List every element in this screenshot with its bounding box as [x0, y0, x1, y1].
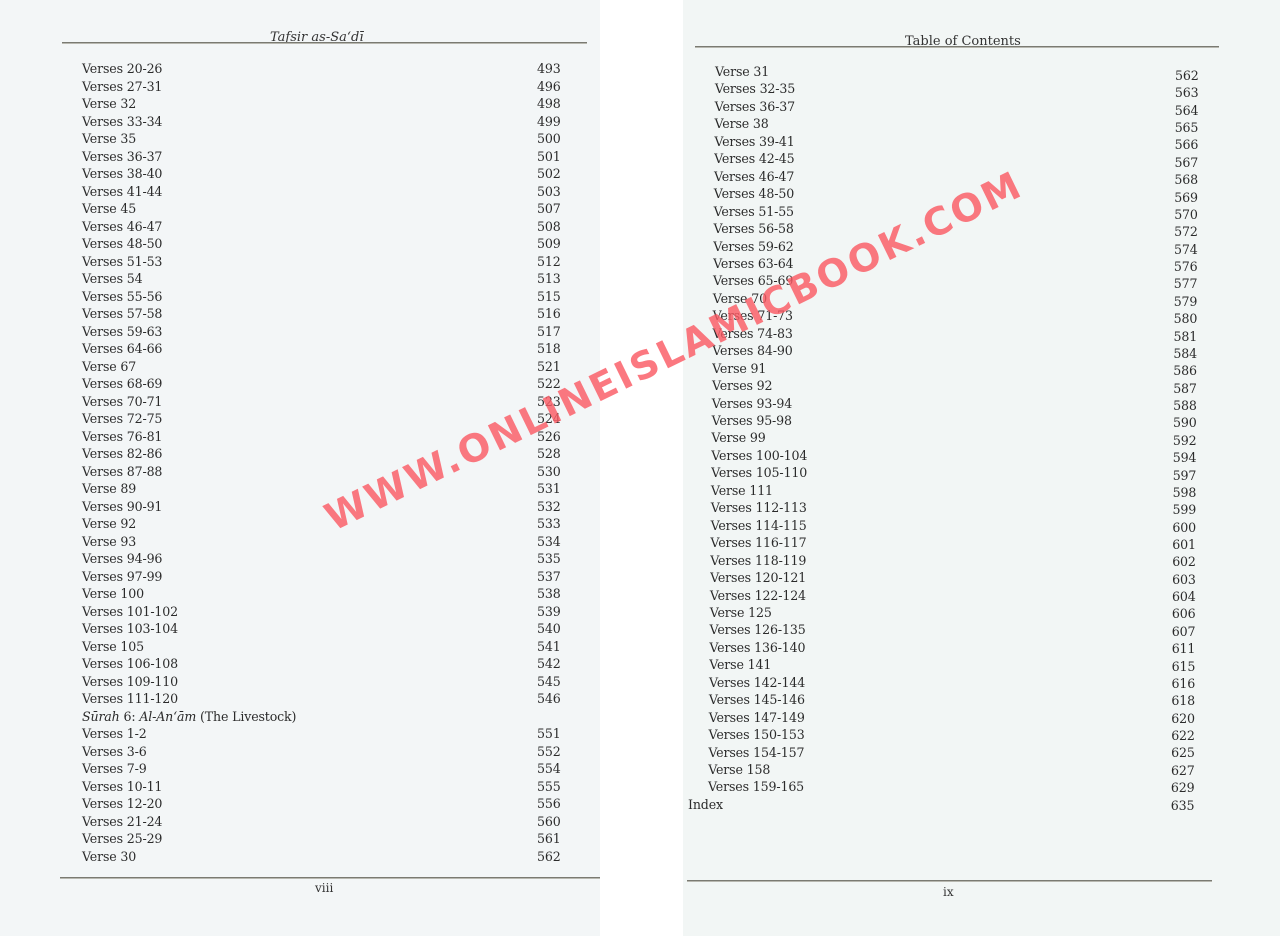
toc-entry-page-number: 532	[537, 499, 561, 514]
page-number: viii	[315, 881, 333, 895]
toc-entry-label: Verse 100	[82, 586, 144, 601]
toc-entry-label: Verses 42-45	[714, 151, 794, 166]
toc-entry-label: Verses 106-108	[82, 656, 178, 671]
toc-entry-label: Verse 32	[82, 96, 136, 111]
toc-entry: Verses 126-135607	[688, 622, 1188, 640]
toc-entry: Verse 30562	[82, 849, 562, 867]
toc-entry-label: Verses 150-153	[709, 727, 805, 742]
toc-entry: Verses 3-6552	[82, 744, 562, 762]
toc-entry-page-number: 555	[537, 779, 561, 794]
header-rule	[62, 42, 587, 44]
toc-entry-page-number: 618	[1171, 693, 1195, 708]
toc-entry-page-number: 537	[537, 569, 561, 584]
toc-entry: Verses 46-47508	[82, 219, 562, 237]
toc-entry-page-number: 523	[537, 394, 561, 409]
toc-entry: Verses 7-9554	[82, 761, 562, 779]
toc-entry: Verses 118-119602	[688, 553, 1188, 571]
toc-entry: Verses 46-47568	[688, 169, 1188, 187]
toc-entry: Verse 125606	[688, 605, 1188, 623]
toc-entry-label: Verses 54	[82, 271, 142, 286]
toc-entry-label: Verses 51-55	[714, 204, 794, 219]
page-number: ix	[943, 885, 954, 899]
toc-entry-label: Verses 120-121	[710, 570, 806, 585]
toc-entry-label: Verses 48-50	[714, 186, 794, 201]
toc-entry-page-number: 574	[1174, 242, 1198, 257]
page-gutter	[600, 0, 683, 936]
toc-entry: Verses 71-73580	[688, 308, 1188, 326]
toc-entry-label: Verse 35	[82, 131, 136, 146]
toc-entry: Verse 89531	[82, 481, 562, 499]
toc-entry: Verses 116-117601	[688, 535, 1188, 553]
toc-entry-page-number: 503	[537, 184, 561, 199]
toc-entry-label: Verses 154-157	[708, 745, 804, 760]
toc-entry-page-number: 508	[537, 219, 561, 234]
toc-entry-page-number: 587	[1173, 381, 1197, 396]
toc-entry-page-number: 526	[537, 429, 561, 444]
toc-entry-label: Verse 105	[82, 639, 144, 654]
toc-entry-label: Verses 105-110	[711, 465, 807, 480]
toc-entry: Verses 150-153622	[688, 727, 1188, 745]
toc-entry: Verses 97-99537	[82, 569, 562, 587]
toc-entry-page-number: 622	[1171, 728, 1195, 743]
toc-entry: Verses 106-108542	[82, 656, 562, 674]
toc-entry: Verses 25-29561	[82, 831, 562, 849]
toc-entry-page-number: 552	[537, 744, 561, 759]
toc-entry: Verses 20-26493	[82, 61, 562, 79]
toc-entry-label: Verses 68-69	[82, 376, 162, 391]
toc-entry-label: Verses 21-24	[82, 814, 162, 829]
toc-entry: Verse 105541	[82, 639, 562, 657]
toc-entry-label: Verses 33-34	[82, 114, 162, 129]
toc-entry: Verse 67521	[82, 359, 562, 377]
toc-entry: Verses 95-98590	[688, 413, 1188, 431]
toc-entry-page-number: 545	[537, 674, 561, 689]
toc-entry-page-number: 502	[537, 166, 561, 181]
toc-entry-page-number: 598	[1173, 485, 1197, 500]
toc-entry-page-number: 625	[1171, 745, 1195, 760]
toc-entry: Verses 48-50509	[82, 236, 562, 254]
toc-entry: Verses 82-86528	[82, 446, 562, 464]
toc-entry-page-number: 599	[1173, 502, 1197, 517]
toc-entry: Verses 84-90584	[688, 343, 1188, 361]
toc-entry-page-number: 629	[1171, 780, 1195, 795]
toc-entry: Verses 114-115600	[688, 518, 1188, 536]
toc-entry-label: Verse 70	[713, 291, 767, 306]
toc-entry-label: Verses 142-144	[709, 675, 805, 690]
toc-entry-label: Verses 46-47	[714, 169, 794, 184]
left-page: Tafsir as-Sa‘dī Verses 20-26493Verses 27…	[0, 0, 600, 936]
toc-entry: Verses 32-35563	[688, 81, 1188, 99]
toc-entry-label: Verses 109-110	[82, 674, 178, 689]
toc-entry: Verses 56-58572	[688, 221, 1188, 239]
toc-entry-label: Verses 59-62	[713, 239, 793, 254]
toc-entry-label: Verses 38-40	[82, 166, 162, 181]
toc-entry: Verses 147-149620	[688, 710, 1188, 728]
toc-entry-page-number: 592	[1173, 433, 1197, 448]
toc-entry-page-number: 584	[1173, 346, 1197, 361]
toc-entry-label: Verses 57-58	[82, 306, 162, 321]
toc-entry-page-number: 620	[1171, 711, 1195, 726]
toc-entry-label: Verse 141	[709, 657, 771, 672]
toc-entry: Verses 120-121603	[688, 570, 1188, 588]
toc-entry: Verses 59-62574	[688, 239, 1188, 257]
toc-entry-label: Verses 112-113	[711, 500, 807, 515]
toc-entry-page-number: 538	[537, 586, 561, 601]
toc-entry-page-number: 576	[1174, 259, 1198, 274]
toc-entry: Verse 100538	[82, 586, 562, 604]
toc-entry: Verses 33-34499	[82, 114, 562, 132]
toc-entry: Verse 141615	[688, 657, 1188, 675]
toc-entry-page-number: 604	[1172, 589, 1196, 604]
toc-entry-page-number: 530	[537, 464, 561, 479]
toc-entry-label: Verses 95-98	[712, 413, 792, 428]
toc-entry-label: Verses 84-90	[712, 343, 792, 358]
toc-entry-page-number: 572	[1174, 224, 1198, 239]
toc-entry-page-number: 546	[537, 691, 561, 706]
toc-entry-label: Verses 147-149	[709, 710, 805, 725]
toc-entry: Verses 103-104540	[82, 621, 562, 639]
toc-entry: Verses 100-104594	[688, 448, 1188, 466]
toc-entry: Verses 38-40502	[82, 166, 562, 184]
toc-entry-page-number: 531	[537, 481, 561, 496]
toc-entry-label: Verses 82-86	[82, 446, 162, 461]
toc-entry-label: Verse 31	[715, 64, 769, 79]
toc-entry-label: Verses 71-73	[713, 308, 793, 323]
toc-entry-page-number: 522	[537, 376, 561, 391]
toc-entry-page-number: 518	[537, 341, 561, 356]
toc-entry-page-number: 528	[537, 446, 561, 461]
toc-entry-page-number: 554	[537, 761, 561, 776]
toc-entry: Verses 111-120546	[82, 691, 562, 709]
toc-entry-label: Verses 111-120	[82, 691, 178, 706]
toc-entry-page-number: 635	[1171, 798, 1195, 813]
toc-entry-label: Verses 10-11	[82, 779, 162, 794]
toc-entry: Verses 1-2551	[82, 726, 562, 744]
toc-entry: Verses 57-58516	[82, 306, 562, 324]
toc-entry-label: Index	[688, 797, 723, 812]
toc-entry-label: Verses 72-75	[82, 411, 162, 426]
toc-entry: Verse 31562	[688, 64, 1188, 82]
toc-entry-page-number: 600	[1172, 520, 1196, 535]
toc-entry-label: Verse 93	[82, 534, 136, 549]
toc-entry: Verses 159-165629	[688, 779, 1188, 797]
toc-entry-label: Verse 38	[714, 116, 768, 131]
toc-entry-label: Verses 94-96	[82, 551, 162, 566]
toc-entry-page-number: 501	[537, 149, 561, 164]
toc-entry: Verse 92533	[82, 516, 562, 534]
toc-entry-label: Verses 63-64	[713, 256, 793, 271]
toc-entry: Index635	[688, 797, 1188, 815]
toc-entry-label: Verses 101-102	[82, 604, 178, 619]
toc-entry-label: Verses 51-53	[82, 254, 162, 269]
toc-entry-page-number: 581	[1174, 329, 1198, 344]
toc-entry: Verses 87-88530	[82, 464, 562, 482]
toc-entry: Verses 65-69577	[688, 273, 1188, 291]
toc-entry-page-number: 493	[537, 61, 561, 76]
toc-entry: Verses 68-69522	[82, 376, 562, 394]
toc-entry-page-number: 551	[537, 726, 561, 741]
toc-entry: Verse 35500	[82, 131, 562, 149]
toc-entry: Verses 54513	[82, 271, 562, 289]
toc-entry-label: Verses 41-44	[82, 184, 162, 199]
toc-entry-label: Verse 89	[82, 481, 136, 496]
toc-entry: Verses 36-37564	[688, 99, 1188, 117]
toc-entry-label: Verses 25-29	[82, 831, 162, 846]
toc-entry-label: Verse 158	[708, 762, 770, 777]
toc-entry-page-number: 524	[537, 411, 561, 426]
toc-entry: Verses 154-157625	[688, 745, 1188, 763]
toc-entry: Verses 90-91532	[82, 499, 562, 517]
toc-entry: Verses 101-102539	[82, 604, 562, 622]
toc-entry-label: Verse 99	[711, 430, 765, 445]
toc-entry: Verses 21-24560	[82, 814, 562, 832]
toc-entry-label: Verses 90-91	[82, 499, 162, 514]
toc-entry-page-number: 561	[537, 831, 561, 846]
toc-entry-label: Verse 67	[82, 359, 136, 374]
toc-entry: Verses 92587	[688, 378, 1188, 396]
toc-entry-label: Verse 92	[82, 516, 136, 531]
toc-entry: Verses 74-83581	[688, 326, 1188, 344]
toc-entry-label: Verse 111	[711, 483, 773, 498]
toc-entry-page-number: 616	[1172, 676, 1196, 691]
toc-entry: Verses 94-96535	[82, 551, 562, 569]
toc-entry-label: Verses 145-146	[709, 692, 805, 707]
toc-entry-page-number: 606	[1172, 606, 1196, 621]
toc-entry-label: Verse 125	[710, 605, 772, 620]
toc-entry-label: Verses 64-66	[82, 341, 162, 356]
toc-entry-page-number: 556	[537, 796, 561, 811]
toc-entry-page-number: 594	[1173, 450, 1197, 465]
toc-entry-label: Verse 30	[82, 849, 136, 864]
toc-entry-label: Verses 20-26	[82, 61, 162, 76]
toc-entry-label: Verses 55-56	[82, 289, 162, 304]
toc-entry-label: Verses 118-119	[710, 553, 806, 568]
toc-entry-label: Verses 74-83	[712, 326, 792, 341]
toc-entry-page-number: 515	[537, 289, 561, 304]
toc-entry-page-number: 603	[1172, 572, 1196, 587]
toc-entry-page-number: 507	[537, 201, 561, 216]
toc-entry-page-number: 570	[1174, 207, 1198, 222]
toc-entry-label: Verses 56-58	[713, 221, 793, 236]
toc-entry-label: Verses 136-140	[709, 640, 805, 655]
toc-entry: Verses 136-140611	[688, 640, 1188, 658]
toc-entry-page-number: 602	[1172, 554, 1196, 569]
toc-entry-page-number: 521	[537, 359, 561, 374]
toc-entry-page-number: 500	[537, 131, 561, 146]
toc-entry: Verses 72-75524	[82, 411, 562, 429]
toc-entry-page-number: 540	[537, 621, 561, 636]
toc-entry: Verse 99592	[688, 430, 1188, 448]
toc-entry: Verses 122-124604	[688, 588, 1188, 606]
toc-entry-page-number: 590	[1173, 415, 1197, 430]
toc-section-heading: Sūrah 6: Al-An‘ām (The Livestock)	[82, 709, 562, 727]
toc-entry-page-number: 577	[1174, 276, 1198, 291]
footer-rule	[60, 877, 600, 879]
toc-entry: Verses 76-81526	[82, 429, 562, 447]
toc-entry-label: Verses 48-50	[82, 236, 162, 251]
toc-entry: Verses 27-31496	[82, 79, 562, 97]
toc-entry: Verses 64-66518	[82, 341, 562, 359]
toc-entry-page-number: 562	[537, 849, 561, 864]
toc-entry-label: Verses 93-94	[712, 396, 792, 411]
toc-entry-page-number: 499	[537, 114, 561, 129]
toc-entry-page-number: 586	[1173, 363, 1197, 378]
toc-entry: Verse 158627	[688, 762, 1188, 780]
right-page: Table of Contents Verse 31562Verses 32-3…	[683, 0, 1280, 936]
toc-entry: Verses 109-110545	[82, 674, 562, 692]
toc-entry-label: Verses 12-20	[82, 796, 162, 811]
toc-entry-page-number: 627	[1171, 763, 1195, 778]
toc-entry-page-number: 611	[1172, 641, 1196, 656]
toc-entry: Verses 42-45567	[688, 151, 1188, 169]
toc-entry-label: Verses 1-2	[82, 726, 147, 741]
toc-entry: Verses 10-11555	[82, 779, 562, 797]
toc-entry-label: Verses 126-135	[710, 622, 806, 637]
toc-entry: Verses 93-94588	[688, 396, 1188, 414]
toc-entry-page-number: 539	[537, 604, 561, 619]
toc-entry-page-number: 569	[1174, 190, 1198, 205]
toc-entry-page-number: 496	[537, 79, 561, 94]
toc-entry: Verses 39-41566	[688, 134, 1188, 152]
toc-entry-page-number: 588	[1173, 398, 1197, 413]
toc-entry: Verses 55-56515	[82, 289, 562, 307]
toc-entry-page-number: 560	[537, 814, 561, 829]
toc-entry: Verses 105-110597	[688, 465, 1188, 483]
toc-entry-label: Verses 122-124	[710, 588, 806, 603]
toc-entry: Verses 51-55570	[688, 204, 1188, 222]
toc-entry-label: Verses 46-47	[82, 219, 162, 234]
toc-entry-page-number: 509	[537, 236, 561, 251]
toc-entry-label: Verse 45	[82, 201, 136, 216]
toc-entry-label: Verses 32-35	[715, 81, 795, 96]
toc-entry-label: Verses 114-115	[711, 518, 807, 533]
toc-entry-page-number: 566	[1175, 137, 1199, 152]
toc-entry: Verse 32498	[82, 96, 562, 114]
toc-entry: Verses 12-20556	[82, 796, 562, 814]
toc-entry-page-number: 516	[537, 306, 561, 321]
toc-entry-label: Sūrah 6: Al-An‘ām (The Livestock)	[82, 709, 296, 724]
toc-entry: Verse 111598	[688, 483, 1188, 501]
toc-entry: Verse 45507	[82, 201, 562, 219]
toc-entry-page-number: 607	[1172, 624, 1196, 639]
toc-entry-page-number: 601	[1172, 537, 1196, 552]
toc-entry-label: Verses 36-37	[82, 149, 162, 164]
header-rule	[695, 46, 1219, 48]
toc-entry-label: Verses 76-81	[82, 429, 162, 444]
toc-entry-label: Verses 87-88	[82, 464, 162, 479]
toc-entry: Verses 51-53512	[82, 254, 562, 272]
toc-entry: Verses 48-50569	[688, 186, 1188, 204]
toc-entry-page-number: 568	[1174, 172, 1198, 187]
toc-entry-label: Verses 92	[712, 378, 772, 393]
toc-entry-page-number: 615	[1172, 659, 1196, 674]
toc-entry-page-number: 517	[537, 324, 561, 339]
toc-entry: Verses 142-144616	[688, 675, 1188, 693]
toc-entry-page-number: 597	[1173, 468, 1197, 483]
toc-entry-label: Verses 39-41	[714, 134, 794, 149]
toc-entry: Verse 91586	[688, 361, 1188, 379]
toc-entry: Verses 70-71523	[82, 394, 562, 412]
toc-entry-page-number: 567	[1175, 155, 1199, 170]
toc-entry-page-number: 534	[537, 534, 561, 549]
toc-entry: Verse 93534	[82, 534, 562, 552]
toc-entry-label: Verses 27-31	[82, 79, 162, 94]
toc-entry-label: Verses 100-104	[711, 448, 807, 463]
toc-entry-label: Verses 36-37	[715, 99, 795, 114]
toc-entry-page-number: 498	[537, 96, 561, 111]
toc-entry-page-number: 533	[537, 516, 561, 531]
toc-entry: Verse 70579	[688, 291, 1188, 309]
toc-entry-label: Verses 116-117	[710, 535, 806, 550]
toc-entry-label: Verses 103-104	[82, 621, 178, 636]
toc-entry-page-number: 542	[537, 656, 561, 671]
toc-entry-page-number: 541	[537, 639, 561, 654]
toc-entry-page-number: 512	[537, 254, 561, 269]
toc-entry-label: Verse 91	[712, 361, 766, 376]
toc-entry-page-number: 513	[537, 271, 561, 286]
toc-entry: Verses 63-64576	[688, 256, 1188, 274]
toc-entry: Verses 59-63517	[82, 324, 562, 342]
toc-entry: Verse 38565	[688, 116, 1188, 134]
toc-entry-page-number: 580	[1174, 311, 1198, 326]
toc-entry-label: Verses 3-6	[82, 744, 147, 759]
toc-entry: Verses 145-146618	[688, 692, 1188, 710]
toc-entry-label: Verses 59-63	[82, 324, 162, 339]
toc-entry-label: Verses 159-165	[708, 779, 804, 794]
toc-entry-label: Verses 70-71	[82, 394, 162, 409]
toc-entry: Verses 41-44503	[82, 184, 562, 202]
toc-entry-page-number: 579	[1174, 294, 1198, 309]
toc-entry-page-number: 535	[537, 551, 561, 566]
toc-entry-label: Verses 97-99	[82, 569, 162, 584]
footer-rule	[687, 880, 1212, 882]
toc-entry: Verses 36-37501	[82, 149, 562, 167]
toc-entry: Verses 112-113599	[688, 500, 1188, 518]
toc-entry-label: Verses 7-9	[82, 761, 147, 776]
toc-entry-label: Verses 65-69	[713, 273, 793, 288]
